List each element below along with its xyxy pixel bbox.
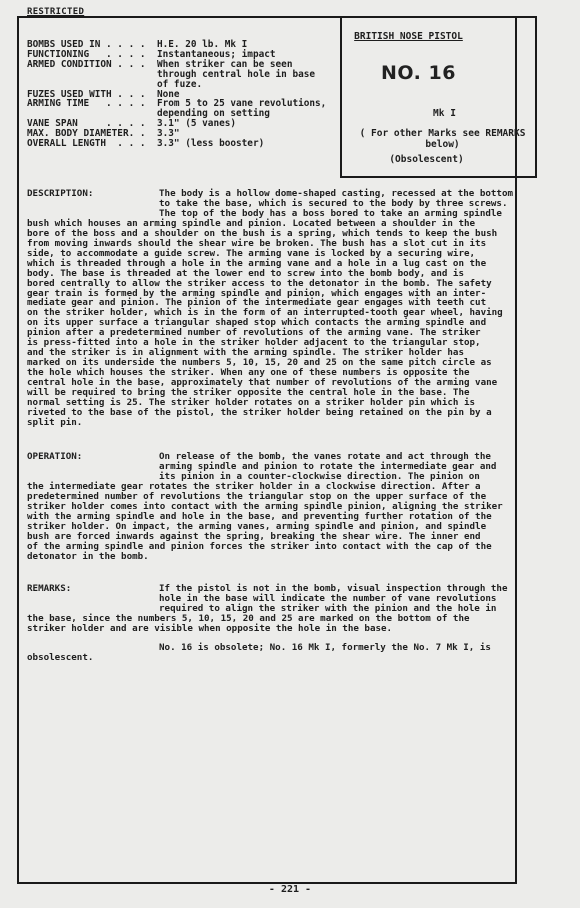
remarks-section: REMARKS: If the pistol is not in the bom… [27, 584, 555, 663]
pistol-number: NO. 16 [322, 62, 515, 84]
spec-row: ARMED CONDITION . . .When striker can be… [27, 60, 326, 90]
spec-label: ARMING TIME . . . . [27, 99, 157, 119]
page-number: - 221 - [0, 884, 580, 895]
spec-row: OVERALL LENGTH . . .3.3" (less booster) [27, 139, 326, 149]
section-text: No. 16 is obsolete; No. 16 Mk I, formerl… [159, 642, 491, 653]
description-section: DESCRIPTION: The body is a hollow dome-s… [27, 189, 555, 428]
operation-section: OPERATION: On release of the bomb, the v… [27, 452, 555, 561]
spec-value: 3.3" (less booster) [157, 139, 264, 149]
section-text-indented: If the pistol is not in the bomb, visual… [159, 584, 555, 614]
section-text-indented: The body is a hollow dome-shaped casting… [159, 189, 555, 219]
title-box: BRITISH NOSE PISTOL NO. 16 Mk I ( For ot… [340, 16, 537, 178]
section-text: the base, since the numbers 5, 10, 15, 2… [27, 614, 555, 634]
section-text: obsolescent. [27, 652, 93, 663]
section-text: bush which houses an arming spindle and … [27, 219, 555, 428]
remarks-paragraph-2: No. 16 is obsolete; No. 16 Mk I, formerl… [27, 643, 555, 663]
section-text: the intermediate gear rotates the strike… [27, 482, 555, 562]
spec-label: ARMED CONDITION . . . [27, 60, 157, 90]
spec-value: From 5 to 25 vane revolutions, depending… [157, 99, 326, 119]
mark-label: Mk I [348, 108, 541, 119]
spec-row: ARMING TIME . . . .From 5 to 25 vane rev… [27, 99, 326, 119]
title-heading: BRITISH NOSE PISTOL [312, 31, 505, 42]
spec-value: When striker can be seen through central… [157, 60, 315, 90]
section-label: OPERATION: [27, 452, 82, 462]
section-label: REMARKS: [27, 584, 71, 594]
spec-label: OVERALL LENGTH . . . [27, 139, 157, 149]
section-text-indented: On release of the bomb, the vanes rotate… [159, 452, 555, 482]
section-label: DESCRIPTION: [27, 189, 93, 199]
other-marks-note: ( For other Marks see REMARKS below) [340, 128, 545, 150]
specifications-list: BOMBS USED IN . . . .H.E. 20 lb. Mk I FU… [27, 40, 326, 149]
status-label: (Obsolescent) [330, 154, 523, 165]
